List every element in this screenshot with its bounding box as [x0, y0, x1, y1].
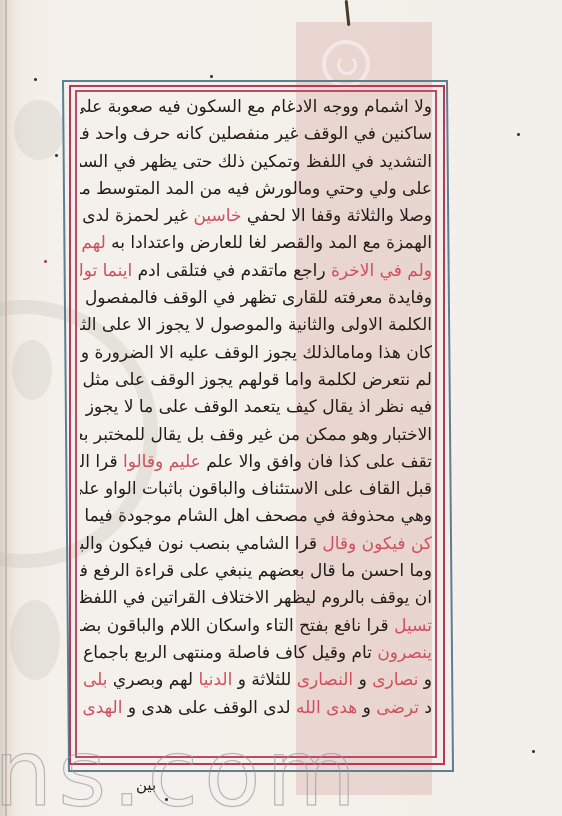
- rubric-text: بلى: [83, 670, 108, 690]
- text-line: ينصرون تام وقيل كاف فاصلة ومنتهى الربع ب…: [80, 640, 432, 667]
- body-text: وفايدة معرفته للقارى تظهر في الوقف فالمف…: [80, 288, 432, 308]
- rubric-text: عليم وقالوا: [123, 452, 201, 472]
- body-text: الاختبار وهو ممكن من غير وقف بل يقال للم…: [80, 425, 432, 445]
- body-text: قرا الشامي بحذف الواو: [80, 452, 123, 472]
- speck: [517, 133, 520, 136]
- text-line: الكلمة الاولى والثانية والموصول لا يجوز …: [80, 312, 432, 339]
- ink-stain: [12, 340, 52, 400]
- body-text: ساكنين في الوقف غير منفصلين كانه حرف واح…: [80, 124, 432, 144]
- rubric-text: الدنيا: [198, 670, 232, 690]
- body-text: تقف على كذا فان وافق والا علم: [201, 452, 432, 472]
- text-line: تسيل قرا نافع بفتح التاء واسكان اللام وا…: [80, 613, 432, 640]
- body-text: ان يوقف بالروم ليظهر الاختلاف القراتين ف…: [80, 588, 432, 608]
- body-text: الكلمة الاولى والثانية والموصول لا يجوز …: [80, 315, 432, 335]
- body-text: تام وقيل كاف فاصلة ومنتهى الربع باجماع ا…: [80, 643, 377, 663]
- text-line: فيه نظر اذ يقال كيف يتعمد الوقف على ما ل…: [80, 394, 432, 421]
- body-text: الهمزة مع المد والقصر لغا للعارض واعتداد…: [106, 233, 432, 253]
- manuscript-page: ولا اشمام ووجه الادغام مع السكون فيه صعو…: [0, 0, 562, 816]
- rubric-text: ينصرون: [377, 643, 432, 663]
- text-line: ان يوقف بالروم ليظهر الاختلاف القراتين ف…: [80, 585, 432, 612]
- body-text: لهم وبصري: [108, 670, 199, 690]
- body-text: التشديد في اللفظ وتمكين ذلك حتى يظهر في …: [80, 152, 432, 172]
- text-line: الهمزة مع المد والقصر لغا للعارض واعتداد…: [80, 230, 432, 257]
- rubric-text: ولم في الاخرة: [331, 261, 432, 281]
- text-line: على ولي وحتي ومالورش فيه من المد المتوسط…: [80, 176, 432, 203]
- ink-stain: [14, 100, 64, 160]
- rubric-text: هدى الله: [296, 698, 357, 718]
- text-line: وصلا والثلاثة وقفا الا لحفي خاسين غير لح…: [80, 203, 432, 230]
- rubric-text: خاسين: [193, 206, 241, 226]
- speck: [44, 260, 47, 263]
- body-text: قبل القاف على الاستئناف والباقون باثبات …: [80, 479, 432, 499]
- speck: [210, 75, 213, 78]
- text-line: كان هذا ومامالذلك يجوز الوقف عليه الا ال…: [80, 340, 432, 367]
- text-line: قبل القاف على الاستئناف والباقون باثبات …: [80, 476, 432, 503]
- rubric-text: نصارى: [372, 670, 418, 690]
- rubric-text: لهم في الدنيا خزي: [80, 233, 106, 253]
- ink-stain: [10, 600, 60, 680]
- body-text: لدى الوقف على هدى و: [122, 698, 296, 718]
- body-text: و: [357, 698, 376, 718]
- body-text: و: [353, 670, 372, 690]
- body-text: قرا الشامي بنصب نون فيكون والباقون بالرف…: [80, 534, 322, 554]
- text-line: ولم في الاخرة راجع ماتقدم في فتلقى ادم ا…: [80, 258, 432, 285]
- body-text: فيه نظر اذ يقال كيف يتعمد الوقف على ما ل…: [80, 397, 432, 417]
- rubric-text: كن فيكون وقال: [322, 534, 432, 554]
- speck: [532, 750, 535, 753]
- body-text: وهي محذوفة في مصحف اهل الشام موجودة فيما…: [80, 506, 432, 526]
- text-line: التشديد في اللفظ وتمكين ذلك حتى يظهر في …: [80, 149, 432, 176]
- manuscript-text-block: ولا اشمام ووجه الادغام مع السكون فيه صعو…: [80, 94, 432, 748]
- text-line: د ترضى و هدى الله لدى الوقف على هدى و ال…: [80, 695, 432, 722]
- text-line: كن فيكون وقال قرا الشامي بنصب نون فيكون …: [80, 531, 432, 558]
- text-line: وفايدة معرفته للقارى تظهر في الوقف فالمف…: [80, 285, 432, 312]
- text-line: وهي محذوفة في مصحف اهل الشام موجودة فيما…: [80, 503, 432, 530]
- text-line: تقف على كذا فان وافق والا علم عليم وقالو…: [80, 449, 432, 476]
- body-text: كان هذا ومامالذلك يجوز الوقف عليه الا ال…: [80, 343, 432, 363]
- body-text: د: [419, 698, 432, 718]
- text-line: ولا اشمام ووجه الادغام مع السكون فيه صعو…: [80, 94, 432, 121]
- body-text: و: [418, 670, 432, 690]
- watermark-text: ns.com: [0, 728, 362, 816]
- text-line: و نصارى و النصارى للثلاثة و الدنيا لهم و…: [80, 667, 432, 694]
- body-text: غير لحمزة لدى الوقف تسهيل: [80, 206, 193, 226]
- body-text: على ولي وحتي ومالورش فيه من المد المتوسط…: [80, 179, 432, 199]
- body-text: لم نتعرض لكلمة واما قولهم يجوز الوقف على…: [80, 370, 432, 390]
- body-text: ولا اشمام ووجه الادغام مع السكون فيه صعو…: [80, 97, 432, 117]
- speck: [55, 154, 58, 157]
- body-text: راجع ماتقدم في فتلقى ادم: [132, 261, 331, 281]
- body-text: قرا نافع بفتح التاء واسكان اللام والباقو…: [80, 616, 394, 636]
- text-line: ساكنين في الوقف غير منفصلين كانه حرف واح…: [80, 121, 432, 148]
- body-text: وما احسن ما قال بعضهم ينبغي على قراءة ال…: [80, 561, 432, 581]
- rubric-text: اينما تولوا: [80, 261, 132, 281]
- body-text: للثلاثة و: [232, 670, 296, 690]
- rubric-text: الهدى: [82, 698, 122, 718]
- text-line: وما احسن ما قال بعضهم ينبغي على قراءة ال…: [80, 558, 432, 585]
- body-text: وصلا والثلاثة وقفا الا لحفي: [242, 206, 433, 226]
- rubric-text: النصارى: [297, 670, 353, 690]
- speck: [34, 78, 37, 81]
- rubric-text: تسيل: [394, 616, 432, 636]
- rubric-text: ترضى: [376, 698, 419, 718]
- text-line: الاختبار وهو ممكن من غير وقف بل يقال للم…: [80, 422, 432, 449]
- text-line: لم نتعرض لكلمة واما قولهم يجوز الوقف على…: [80, 367, 432, 394]
